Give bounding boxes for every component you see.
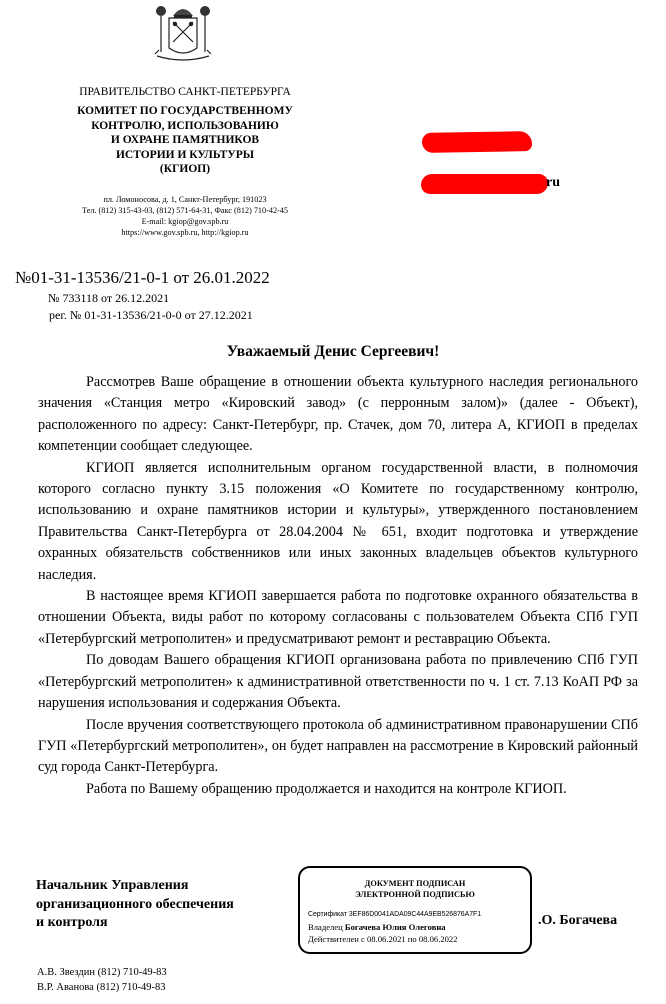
body-paragraph: Работа по Вашему обращению продолжается … [38, 779, 638, 800]
reference-block: № 733118 от 26.12.2021 рег. № 01-31-1353… [48, 290, 253, 324]
stamp-validity: Действителен с 08.06.2021 по 08.06.2022 [308, 934, 458, 944]
signer-position-line: организационного обеспечения [36, 896, 234, 915]
committee-line: КОНТРОЛЮ, ИСПОЛЬЗОВАНИЮ [40, 119, 330, 134]
signer-position: Начальник Управления организационного об… [36, 877, 234, 933]
stamp-certificate: Сертификат 3EF86D0041ADA09C44A9EB526876A… [308, 911, 481, 918]
stamp-owner: Владелец Богачева Юлия Олеговна [308, 922, 446, 932]
body-paragraph: По доводам Вашего обращения КГИОП органи… [38, 650, 638, 714]
government-name: ПРАВИТЕЛЬСТВО САНКТ-ПЕТЕРБУРГА [40, 86, 330, 98]
stamp-heading-line: ЭЛЕКТРОННОЙ ПОДПИСЬЮ [300, 890, 530, 901]
email: E-mail: kgiop@gov.spb.ru [40, 216, 330, 227]
registration-number: рег. № 01-31-13536/21-0-0 от 27.12.2021 [48, 307, 253, 324]
recipient-redaction [422, 131, 532, 153]
committee-line: ИСТОРИИ И КУЛЬТУРЫ [40, 148, 330, 163]
recipient-email-redaction [421, 174, 548, 194]
incoming-number: № 733118 от 26.12.2021 [48, 290, 253, 307]
executor: А.В. Звездин (812) 710-49-83 [37, 965, 167, 980]
stamp-heading-line: ДОКУМЕНТ ПОДПИСАН [300, 879, 530, 890]
coat-of-arms-icon [139, 2, 227, 64]
stamp-heading: ДОКУМЕНТ ПОДПИСАН ЭЛЕКТРОННОЙ ПОДПИСЬЮ [300, 879, 530, 900]
letter-body: Рассмотрев Ваше обращение в отношении об… [38, 372, 638, 800]
signer-position-line: Начальник Управления [36, 877, 234, 896]
executors: А.В. Звездин (812) 710-49-83 В.Р. Аванов… [37, 965, 167, 995]
committee-line: (КГИОП) [40, 162, 330, 177]
address: пл. Ломоносова, д. 1, Санкт-Петербург, 1… [40, 194, 330, 205]
signer-name: .О. Богачева [538, 913, 617, 929]
body-paragraph: КГИОП является исполнительным органом го… [38, 458, 638, 586]
outgoing-number: №01-31-13536/21-0-1 от 26.01.2022 [15, 268, 270, 288]
body-paragraph: Рассмотрев Ваше обращение в отношении об… [38, 372, 638, 458]
committee-line: И ОХРАНЕ ПАМЯТНИКОВ [40, 133, 330, 148]
committee-name: КОМИТЕТ ПО ГОСУДАРСТВЕННОМУ КОНТРОЛЮ, ИС… [40, 104, 330, 177]
electronic-signature-stamp: ДОКУМЕНТ ПОДПИСАН ЭЛЕКТРОННОЙ ПОДПИСЬЮ С… [298, 866, 532, 954]
websites: https://www.gov.spb.ru, http://kgiop.ru [40, 227, 330, 238]
body-paragraph: После вручения соответствующего протокол… [38, 715, 638, 779]
signer-position-line: и контроля [36, 914, 234, 933]
contact-block: пл. Ломоносова, д. 1, Санкт-Петербург, 1… [40, 194, 330, 238]
stamp-owner-name: Богачева Юлия Олеговна [345, 922, 446, 932]
body-paragraph: В настоящее время КГИОП завершается рабо… [38, 586, 638, 650]
stamp-owner-label: Владелец [308, 922, 343, 932]
recipient-email-tail: ru [546, 175, 560, 191]
greeting: Уважаемый Денис Сергеевич! [0, 343, 666, 361]
executor: В.Р. Аванова (812) 710-49-83 [37, 980, 167, 995]
phones: Тел. (812) 315-43-03, (812) 571-64-31, Ф… [40, 205, 330, 216]
committee-line: КОМИТЕТ ПО ГОСУДАРСТВЕННОМУ [40, 104, 330, 119]
